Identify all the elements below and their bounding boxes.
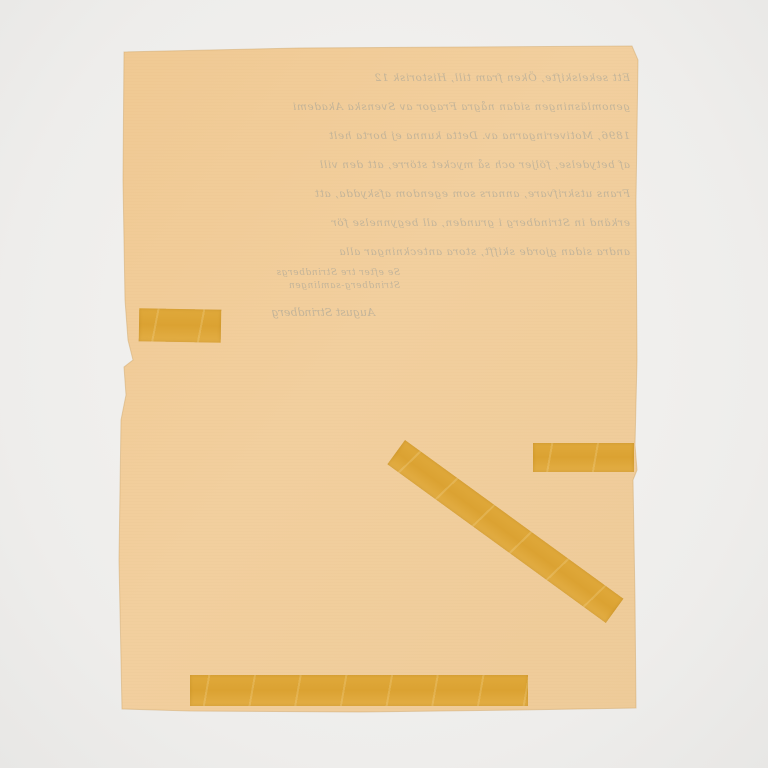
handwriting-line: andra sidan gjorde skifft, stora anteckn… <box>150 238 630 267</box>
handwriting-line: Strindberg-samlingen <box>150 280 630 293</box>
handwriting-line: erkänd in Strindberg i grunden, all begy… <box>150 209 630 238</box>
tape-bottom <box>190 675 528 706</box>
handwriting-line: Se efter tre Strindbergs <box>150 267 630 280</box>
handwriting-line: Ett sekelskifte, Öken fram till, Histori… <box>150 64 630 93</box>
tape-right <box>533 443 634 472</box>
letter-sheet: Ett sekelskifte, Öken fram till, Histori… <box>0 0 768 768</box>
handwritten-text-mirrored: Ett sekelskifte, Öken fram till, Histori… <box>150 64 630 293</box>
handwriting-line: af betydelse, följer och så mycket störr… <box>150 151 630 180</box>
handwriting-line: Frans utskrifvare, annars som egendom af… <box>150 180 630 209</box>
handwriting-line: 1896, Motiveringarna av. Detta kunna ej … <box>150 122 630 151</box>
tape-left <box>139 308 222 342</box>
signature: August Strindberg <box>285 306 375 319</box>
handwriting-line: genomläsningen sidan några Fragor av Sve… <box>150 93 630 122</box>
